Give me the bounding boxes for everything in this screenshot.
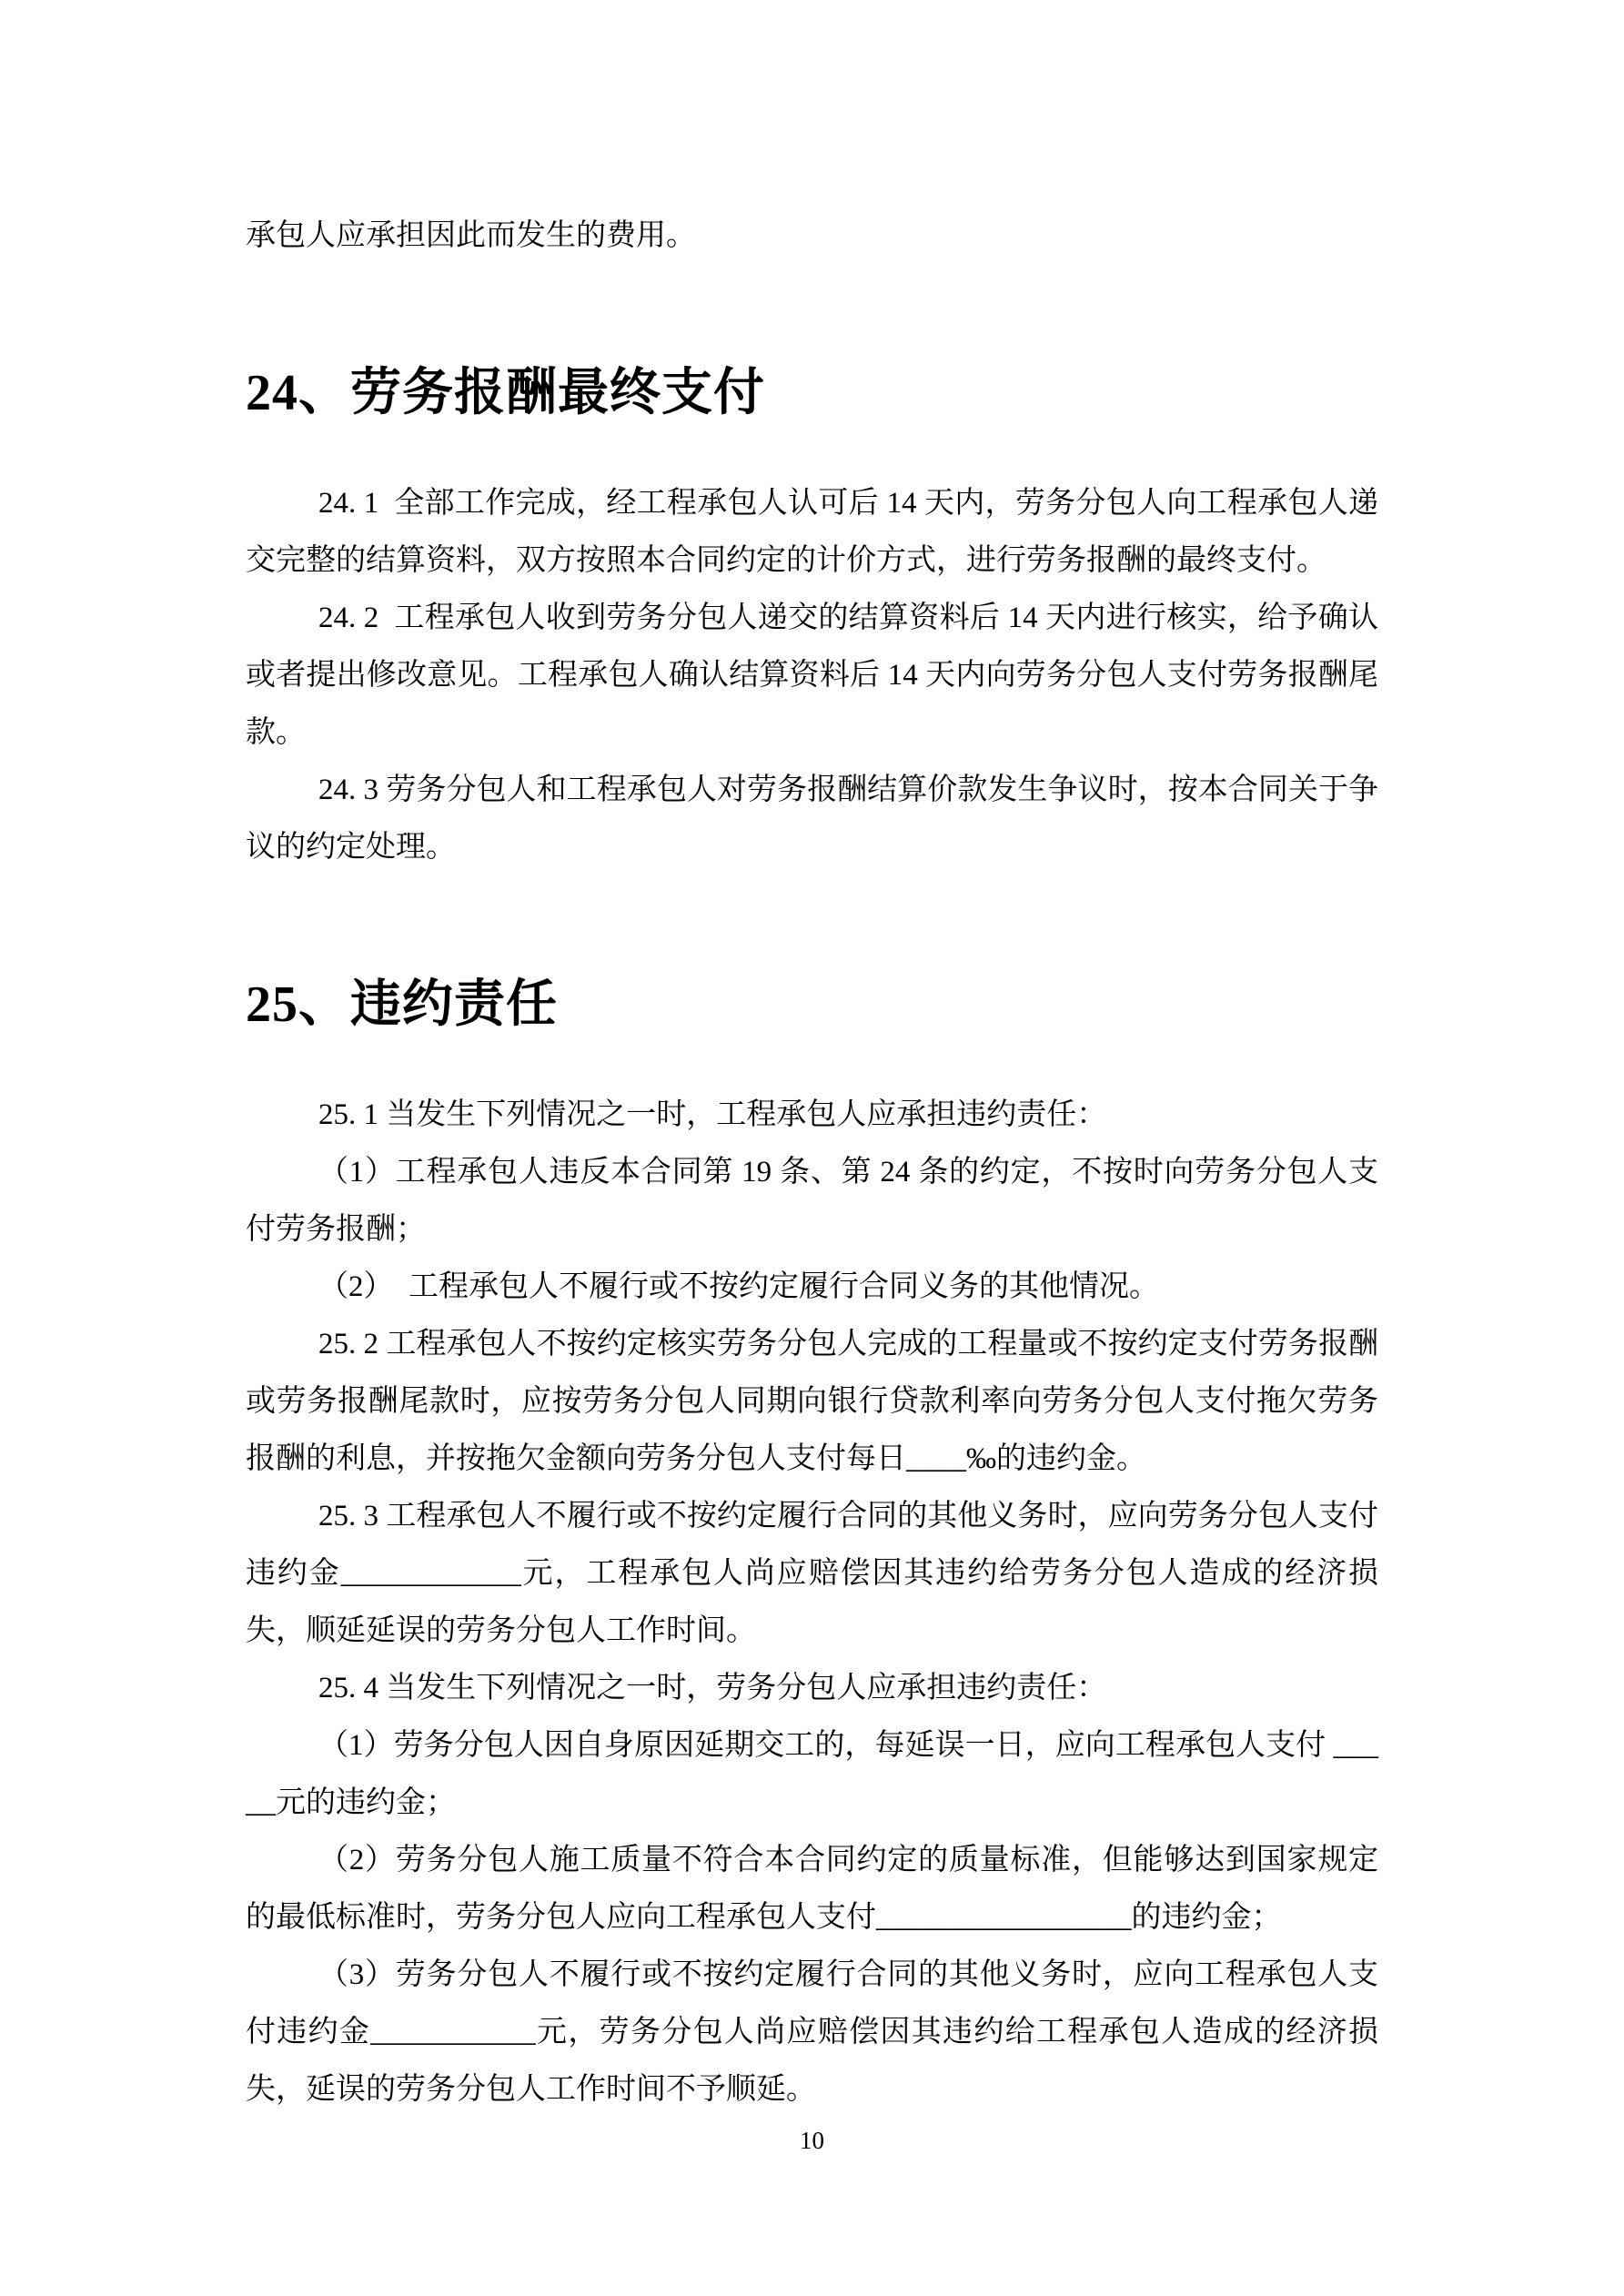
- document-body: 承包人应承担因此而发生的费用。24、劳务报酬最终支付24. 1 全部工作完成，经…: [246, 207, 1378, 2119]
- page-footer: 10: [0, 2122, 1624, 2159]
- paragraph: 25. 3 工程承包人不履行或不按约定履行合同的其他义务时，应向劳务分包人支付违…: [246, 1488, 1378, 1660]
- document-page: 承包人应承担因此而发生的费用。24、劳务报酬最终支付24. 1 全部工作完成，经…: [0, 0, 1624, 2296]
- page-number: 10: [800, 2127, 824, 2154]
- paragraph: 24. 1 全部工作完成，经工程承包人认可后 14 天内，劳务分包人向工程承包人…: [246, 475, 1378, 590]
- paragraph: 25. 1 当发生下列情况之一时，工程承包人应承担违约责任：: [246, 1087, 1378, 1144]
- paragraph: 25. 2 工程承包人不按约定核实劳务分包人完成的工程量或不按约定支付劳务报酬或…: [246, 1316, 1378, 1488]
- paragraph: （1）工程承包人违反本合同第 19 条、第 24 条的约定，不按时向劳务分包人支…: [246, 1144, 1378, 1259]
- section-heading: 25、违约责任: [246, 969, 1378, 1040]
- paragraph: 25. 4 当发生下列情况之一时，劳务分包人应承担违约责任：: [246, 1660, 1378, 1717]
- paragraph: （2）劳务分包人施工质量不符合本合同约定的质量标准，但能够达到国家规定的最低标准…: [246, 1832, 1378, 1947]
- paragraph: （3）劳务分包人不履行或不按约定履行合同的其他义务时，应向工程承包人支付违约金_…: [246, 1947, 1378, 2119]
- paragraph: （2） 工程承包人不履行或不按约定履行合同义务的其他情况。: [246, 1259, 1378, 1316]
- paragraph: 承包人应承担因此而发生的费用。: [246, 207, 1378, 265]
- paragraph: 24. 3 劳务分包人和工程承包人对劳务报酬结算价款发生争议时，按本合同关于争议…: [246, 762, 1378, 876]
- paragraph: （1）劳务分包人因自身原因延期交工的，每延误一日，应向工程承包人支付 _____…: [246, 1717, 1378, 1832]
- section-heading: 24、劳务报酬最终支付: [246, 358, 1378, 429]
- paragraph: 24. 2 工程承包人收到劳务分包人递交的结算资料后 14 天内进行核实，给予确…: [246, 590, 1378, 762]
